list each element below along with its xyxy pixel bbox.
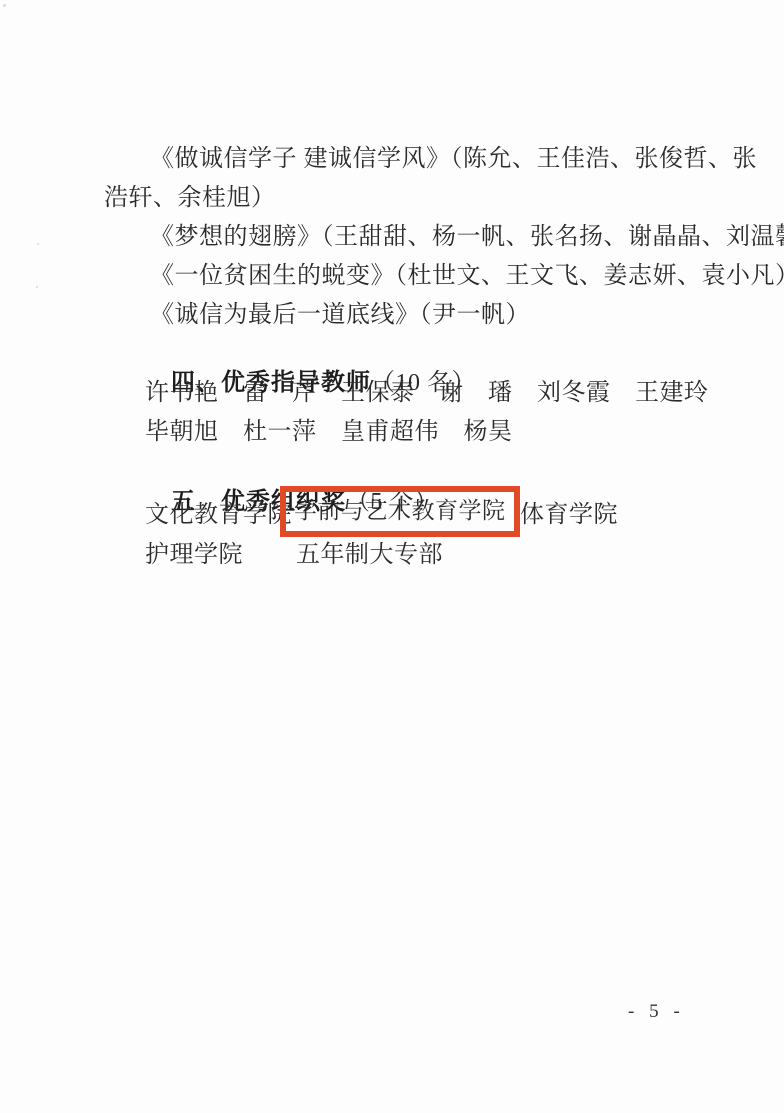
org-award-item-preschool-art-education-college: 学前与艺术教育学院 xyxy=(294,499,506,523)
award-work-line-1: 《做诚信学子 建诚信学风》（陈允、王佳浩、张俊哲、张 xyxy=(150,144,757,174)
award-work-line-3: 《梦想的翅膀》（王甜甜、杨一帆、张名扬、谢晶晶、刘温馨） xyxy=(150,222,784,252)
award-work-line-4: 《一位贫困生的蜕变》（杜世文、王文飞、姜志妍、袁小凡） xyxy=(150,261,784,291)
award-work-line-2: 浩轩、余桂旭） xyxy=(104,183,276,213)
teacher-names-row-2: 毕朝旭 杜一萍 皇甫超伟 杨昊 xyxy=(145,417,513,447)
scan-speck xyxy=(37,243,39,245)
org-award-item-culture-education-college: 文化教育学院 xyxy=(145,500,292,530)
org-award-item-five-year-college-dept: 五年制大专部 xyxy=(296,540,443,570)
org-award-item-physical-education-college: 体育学院 xyxy=(520,500,618,530)
award-work-line-5: 《诚信为最后一道底线》（尹一帆） xyxy=(150,300,530,330)
page-number: - 5 - xyxy=(628,1001,685,1023)
teacher-names-row-1: 许书艳 雷 芹 王保泰 谢 璠 刘冬霞 王建玲 xyxy=(145,378,709,408)
org-award-item-nursing-college: 护理学院 xyxy=(145,540,243,570)
red-highlight-box: 学前与艺术教育学院 xyxy=(280,486,520,537)
scan-speck xyxy=(36,286,38,288)
scan-speck xyxy=(3,4,6,7)
scanned-document-page: 《做诚信学子 建诚信学风》（陈允、王佳浩、张俊哲、张 浩轩、余桂旭） 《梦想的翅… xyxy=(0,0,784,1113)
